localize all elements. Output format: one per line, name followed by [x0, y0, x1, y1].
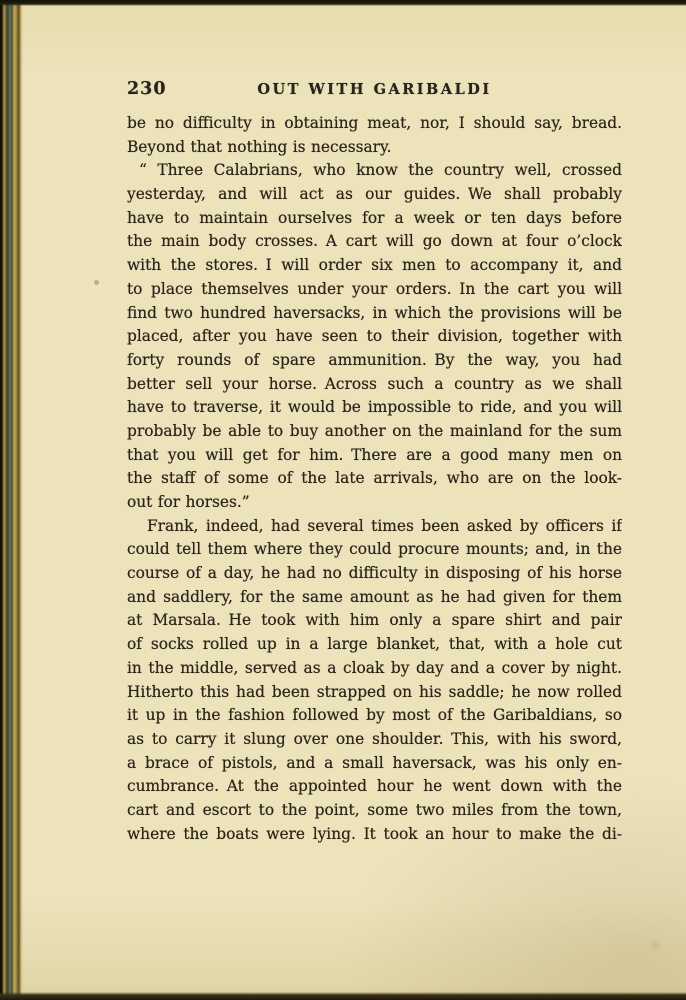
page-header: 230 OUT WITH GARIBALDI: [127, 79, 622, 99]
text-line: yesterday, and will act as our guides. W…: [127, 183, 622, 207]
text-line: the main body crosses. A cart will go do…: [127, 230, 622, 254]
text-line: could tell them where they could procure…: [127, 538, 622, 562]
scan-bottom-edge: [0, 992, 686, 1000]
book-binding-edge: [0, 0, 23, 1000]
text-line: at Marsala. He took with him only a spar…: [127, 609, 622, 633]
paragraph: “ Three Calabrians, who know the country…: [127, 159, 622, 514]
text-line: be no difficulty in obtaining meat, nor,…: [127, 112, 622, 136]
page-text: be no difficulty in obtaining meat, nor,…: [127, 112, 622, 846]
running-title: OUT WITH GARIBALDI: [127, 81, 622, 98]
paper-stain: [648, 938, 662, 952]
text-line: the staff of some of the late arrivals, …: [127, 467, 622, 491]
paper-speck: [94, 280, 99, 285]
text-line: that you will get for him. There are a g…: [127, 444, 622, 468]
text-line: Hitherto this had been strapped on his s…: [127, 681, 622, 705]
text-line: of socks rolled up in a large blanket, t…: [127, 633, 622, 657]
text-line: placed, after you have seen to their div…: [127, 325, 622, 349]
text-line: have to traverse, it would be impossible…: [127, 396, 622, 420]
text-line: Frank, indeed, had several times been as…: [127, 515, 622, 539]
text-line: and saddlery, for the same amount as he …: [127, 586, 622, 610]
text-line: have to maintain ourselves for a week or…: [127, 207, 622, 231]
text-line: find two hundred haversacks, in which th…: [127, 302, 622, 326]
text-line: better sell your horse. Across such a co…: [127, 373, 622, 397]
text-line: out for horses.”: [127, 491, 622, 515]
text-line: in the middle, served as a cloak by day …: [127, 657, 622, 681]
scan-top-edge: [0, 0, 686, 6]
text-line: Beyond that nothing is necessary.: [127, 136, 622, 160]
text-line: a brace of pistols, and a small haversac…: [127, 752, 622, 776]
text-line: cart and escort to the point, some two m…: [127, 799, 622, 823]
text-line: probably be able to buy another on the m…: [127, 420, 622, 444]
paragraph: be no difficulty in obtaining meat, nor,…: [127, 112, 622, 159]
text-line: where the boats were lying. It took an h…: [127, 823, 622, 847]
text-line: cumbrance. At the appointed hour he went…: [127, 775, 622, 799]
text-line: with the stores. I will order six men to…: [127, 254, 622, 278]
text-line: to place themselves under your orders. I…: [127, 278, 622, 302]
book-page-scan: 230 OUT WITH GARIBALDI be no difficulty …: [0, 0, 686, 1000]
text-line: “ Three Calabrians, who know the country…: [127, 159, 622, 183]
text-line: as to carry it slung over one shoulder. …: [127, 728, 622, 752]
text-line: it up in the fashion followed by most of…: [127, 704, 622, 728]
text-line: forty rounds of spare ammunition. By the…: [127, 349, 622, 373]
text-line: course of a day, he had no difficulty in…: [127, 562, 622, 586]
paragraph: Frank, indeed, had several times been as…: [127, 515, 622, 847]
